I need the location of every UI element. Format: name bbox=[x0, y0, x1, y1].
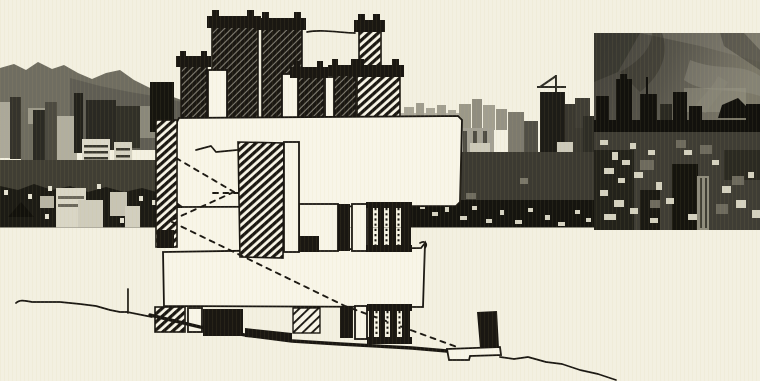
building-light bbox=[630, 143, 636, 149]
mid-column-white bbox=[352, 204, 367, 251]
outpost-column bbox=[477, 311, 499, 348]
cap-nub bbox=[247, 10, 254, 17]
tower-cap bbox=[353, 65, 404, 77]
tower-stripe bbox=[705, 178, 707, 228]
cap-nub bbox=[212, 10, 219, 17]
mullion-rail bbox=[366, 202, 412, 208]
montage-canvas bbox=[0, 0, 760, 381]
cap-nub bbox=[294, 12, 301, 19]
window-band bbox=[116, 148, 130, 151]
core-column bbox=[238, 142, 284, 258]
building-light bbox=[604, 168, 614, 174]
mullion bbox=[389, 208, 396, 246]
building-block bbox=[40, 196, 54, 208]
building-light bbox=[486, 219, 492, 223]
pilotis-column bbox=[282, 74, 298, 122]
building-light bbox=[575, 210, 580, 214]
white-building bbox=[125, 206, 140, 228]
inset-lower-city bbox=[594, 132, 760, 230]
building-block bbox=[45, 102, 57, 160]
building-light bbox=[614, 200, 624, 207]
building-light bbox=[472, 206, 477, 210]
building-light bbox=[600, 190, 608, 196]
distant-tower bbox=[483, 105, 495, 130]
base-block bbox=[293, 308, 320, 333]
roof-sketch-line bbox=[307, 31, 355, 33]
tower-cap bbox=[354, 20, 385, 32]
building-light bbox=[622, 160, 630, 165]
building-light bbox=[28, 194, 32, 199]
tower-body bbox=[181, 65, 207, 122]
building-block bbox=[74, 93, 83, 153]
building-light bbox=[97, 184, 101, 189]
building-light bbox=[120, 218, 124, 223]
building-light bbox=[48, 186, 52, 191]
ground-line bbox=[16, 301, 152, 317]
building-light bbox=[45, 214, 49, 219]
building-light bbox=[630, 208, 638, 214]
building-light bbox=[612, 152, 618, 160]
pilotis-column bbox=[208, 70, 227, 122]
building-block bbox=[676, 140, 686, 148]
building-light bbox=[752, 210, 760, 218]
cap-nub bbox=[201, 51, 207, 57]
cap-nub bbox=[392, 59, 399, 66]
building-light bbox=[4, 190, 8, 195]
window-band bbox=[84, 145, 108, 148]
building-block bbox=[716, 204, 728, 214]
base-column-black bbox=[340, 306, 353, 338]
building-light bbox=[545, 215, 550, 220]
white-building bbox=[110, 192, 127, 216]
tower-cap bbox=[257, 18, 306, 30]
building-block bbox=[520, 178, 528, 184]
city-dark-mass bbox=[640, 190, 660, 230]
cap-nub bbox=[351, 59, 357, 65]
mullion bbox=[402, 311, 410, 338]
mullion bbox=[401, 208, 411, 246]
mullion-rail bbox=[366, 245, 412, 252]
building-light bbox=[650, 218, 658, 223]
cap-nub bbox=[332, 59, 338, 65]
building-block bbox=[732, 176, 744, 185]
mullion-rail bbox=[367, 304, 412, 311]
ground-line bbox=[500, 357, 616, 380]
left-column-foot bbox=[157, 230, 174, 248]
building-light bbox=[684, 150, 692, 155]
distant-tower bbox=[496, 109, 507, 130]
cap-nub bbox=[373, 14, 380, 21]
building-light bbox=[656, 182, 662, 190]
cap-nub bbox=[262, 12, 269, 19]
building-light bbox=[600, 140, 608, 145]
tower-cap bbox=[207, 16, 261, 28]
building-light bbox=[515, 220, 522, 224]
building-light bbox=[604, 214, 616, 220]
cap-nub bbox=[180, 51, 186, 57]
mid-column-black bbox=[338, 204, 350, 251]
tower-cap bbox=[176, 56, 211, 67]
building-block bbox=[640, 160, 654, 170]
light-tower bbox=[697, 176, 709, 230]
tower-stripe bbox=[700, 178, 702, 228]
mullion bbox=[378, 208, 384, 246]
building-light bbox=[460, 216, 467, 220]
building-block bbox=[116, 106, 140, 148]
plinth bbox=[447, 347, 501, 360]
tower-body bbox=[296, 77, 324, 122]
cap-nub bbox=[357, 59, 364, 66]
building-light bbox=[432, 212, 438, 216]
building-light bbox=[586, 218, 591, 222]
building-block bbox=[650, 200, 660, 208]
city-dark-mass bbox=[672, 164, 698, 230]
mullion bbox=[368, 208, 373, 246]
inset-photo bbox=[594, 33, 760, 230]
building-light bbox=[634, 172, 643, 178]
building-light bbox=[712, 160, 719, 165]
building-light bbox=[648, 150, 655, 155]
cap-nub bbox=[317, 61, 323, 67]
building-light bbox=[688, 214, 697, 220]
white-building bbox=[78, 200, 103, 228]
cap-nub bbox=[294, 61, 300, 67]
building-light bbox=[722, 186, 731, 193]
distant-tower bbox=[472, 99, 482, 130]
mullion bbox=[379, 311, 385, 338]
tower-top bbox=[620, 74, 627, 79]
building-light bbox=[666, 198, 674, 204]
city-dark-mass bbox=[724, 150, 760, 180]
building-light bbox=[748, 172, 754, 178]
pilotis-column bbox=[325, 77, 334, 122]
core-side-column bbox=[284, 142, 299, 252]
crane-tie bbox=[540, 76, 556, 87]
tower-body bbox=[357, 76, 400, 122]
window-band bbox=[116, 155, 130, 158]
building-light bbox=[139, 196, 143, 201]
window-band bbox=[84, 157, 108, 160]
mullion-rail bbox=[367, 337, 412, 344]
architectural-sketch-montage bbox=[0, 0, 760, 381]
window-band bbox=[84, 151, 108, 154]
window-band bbox=[58, 196, 84, 199]
building-light bbox=[528, 208, 533, 212]
building-block bbox=[10, 97, 21, 159]
building-light bbox=[618, 178, 625, 183]
building-light bbox=[558, 222, 565, 226]
mid-block bbox=[297, 236, 319, 252]
tower-cap bbox=[290, 67, 328, 78]
tower-body bbox=[333, 75, 356, 122]
building-light bbox=[736, 200, 746, 208]
building-light bbox=[500, 210, 504, 215]
building-block bbox=[700, 145, 712, 154]
building-block bbox=[466, 193, 476, 199]
building-light bbox=[445, 207, 449, 212]
building-block bbox=[0, 102, 10, 158]
left-column bbox=[156, 120, 177, 247]
cap-nub bbox=[358, 14, 365, 21]
